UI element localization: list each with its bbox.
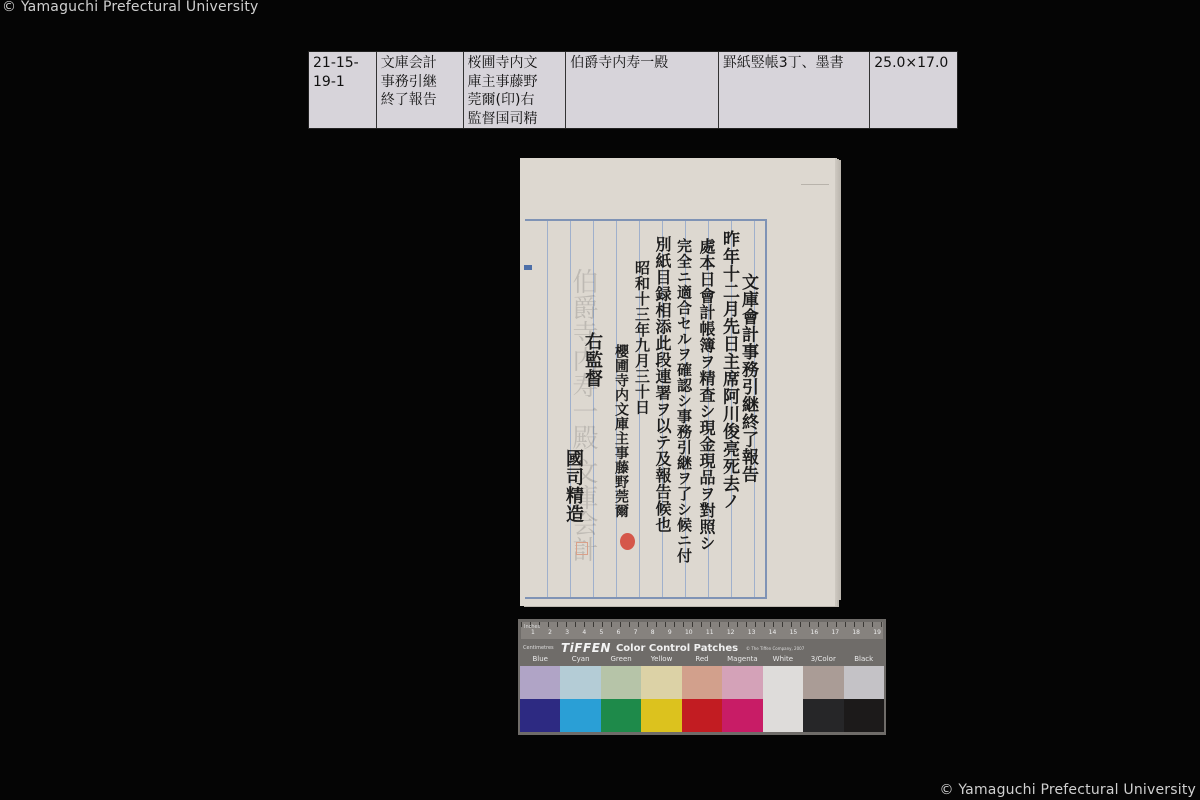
tick: 1 <box>531 629 535 636</box>
tick: 19 <box>873 629 881 636</box>
patch-saturated <box>560 699 600 732</box>
patch-light <box>560 666 600 699</box>
doc-signatory: 櫻圃寺内文庫主事藤野莞爾 <box>612 344 629 518</box>
color-patch-3-color <box>803 666 843 732</box>
corner-mark <box>801 184 829 190</box>
color-patch-blue <box>520 666 560 732</box>
doc-body-column-4: 別紙目録相添此段連署ヲ以テ及報告候也 <box>653 236 672 533</box>
color-patch-red <box>682 666 722 732</box>
square-seal-stamp <box>576 542 588 555</box>
tick: 6 <box>617 629 621 636</box>
tick: 14 <box>769 629 777 636</box>
patch-light <box>803 666 843 699</box>
patch-light <box>601 666 641 699</box>
patch-light <box>763 666 803 699</box>
tick: 3 <box>565 629 569 636</box>
patch-light <box>844 666 884 699</box>
doc-body-column-3: 完全ニ適合セルヲ確認シ事務引継ヲ了シ候ニ付 <box>675 238 693 564</box>
patch-light <box>520 666 560 699</box>
red-seal-stamp <box>620 533 635 550</box>
patch-saturated <box>520 699 560 732</box>
color-patch-cyan <box>560 666 600 732</box>
ruler-cm-label: Centimetres <box>521 645 561 651</box>
tick: 18 <box>852 629 860 636</box>
patch-saturated <box>803 699 843 732</box>
tiffen-logo: TiFFEN <box>561 641 611 655</box>
record-title: 文庫会計 事務引継 終了報告 <box>377 52 464 128</box>
patch-saturated <box>844 699 884 732</box>
patch-saturated <box>641 699 681 732</box>
color-patches <box>520 666 884 732</box>
record-size: 25.0×17.0 <box>870 52 957 128</box>
tick: 11 <box>706 629 714 636</box>
doc-body-column-1: 昨年十二月先日主席阿川俊亮死去ノ <box>719 230 739 510</box>
patch-saturated <box>722 699 762 732</box>
tick: 4 <box>582 629 586 636</box>
tiffen-color-chart: Inches 1 2 3 4 5 6 7 8 9 10 11 12 13 14 … <box>518 619 886 735</box>
patch-label: Black <box>844 655 884 663</box>
color-patch-green <box>601 666 641 732</box>
color-patch-black <box>844 666 884 732</box>
chart-copyright: © The Tiffen Company, 2007 <box>746 646 804 651</box>
doc-supervisor-name: 國司精造 <box>563 449 583 523</box>
tick: 5 <box>599 629 603 636</box>
bleed-through-text: 伯爵寺内寿一殿 文庫会計 <box>530 268 600 568</box>
patch-label: Yellow <box>641 655 681 663</box>
patch-light <box>641 666 681 699</box>
color-patch-yellow <box>641 666 681 732</box>
tick: 9 <box>668 629 672 636</box>
tick: 8 <box>651 629 655 636</box>
catalog-record-table: 21-15- 19-1 文庫会計 事務引継 終了報告 桜圃寺内文 庫主事藤野 莞… <box>308 51 958 129</box>
ruler: Inches 1 2 3 4 5 6 7 8 9 10 11 12 13 14 … <box>521 622 883 639</box>
tick: 12 <box>727 629 735 636</box>
tick: 10 <box>685 629 693 636</box>
color-patch-white <box>763 666 803 732</box>
patch-light <box>722 666 762 699</box>
tick: 2 <box>548 629 552 636</box>
patch-label: Cyan <box>560 655 600 663</box>
tick: 17 <box>831 629 839 636</box>
record-recipient: 伯爵寺内寿一殿 <box>566 52 719 128</box>
doc-date: 昭和十三年九月三十日 <box>633 260 651 415</box>
tick: 15 <box>790 629 798 636</box>
patch-label: Red <box>682 655 722 663</box>
patch-light <box>682 666 722 699</box>
tick: 13 <box>748 629 756 636</box>
color-patch-magenta <box>722 666 762 732</box>
tick: 16 <box>811 629 819 636</box>
patch-saturated <box>763 699 803 732</box>
patch-saturated <box>601 699 641 732</box>
tick: 7 <box>634 629 638 636</box>
patch-saturated <box>682 699 722 732</box>
record-id: 21-15- 19-1 <box>309 52 377 128</box>
patch-labels: Blue Cyan Green Yellow Red Magenta White… <box>520 655 884 663</box>
chart-title: Color Control Patches <box>616 643 738 654</box>
patch-label: White <box>763 655 803 663</box>
doc-body-column-2: 處本日會計帳簿ヲ精査シ現金現品ヲ對照シ <box>697 238 716 552</box>
patch-label: Blue <box>520 655 560 663</box>
doc-supervisor-label: 右監督 <box>582 332 602 388</box>
record-form: 罫紙竪帳3丁、墨書 <box>719 52 871 128</box>
ruler-cm-ticks: 1 2 3 4 5 6 7 8 9 10 11 12 13 14 15 16 1… <box>531 629 881 636</box>
record-author: 桜圃寺内文 庫主事藤野 莞爾(印)右 監督国司精 <box>464 52 567 128</box>
chart-brand-row: Centimetres TiFFEN Color Control Patches… <box>521 640 883 656</box>
patch-label: Green <box>601 655 641 663</box>
copyright-watermark-top: © Yamaguchi Prefectural University <box>2 0 259 15</box>
copyright-watermark-bottom: © Yamaguchi Prefectural University <box>940 782 1197 798</box>
doc-title-column: 文庫會計事務引継終了報告 <box>738 273 758 483</box>
patch-label: 3/Color <box>803 655 843 663</box>
patch-label: Magenta <box>722 655 762 663</box>
page-edge <box>835 160 841 600</box>
document-sheet: 伯爵寺内寿一殿 文庫会計 文庫會計事務引継終了報告 昨年十二月先日主席阿川俊亮死… <box>520 158 835 606</box>
